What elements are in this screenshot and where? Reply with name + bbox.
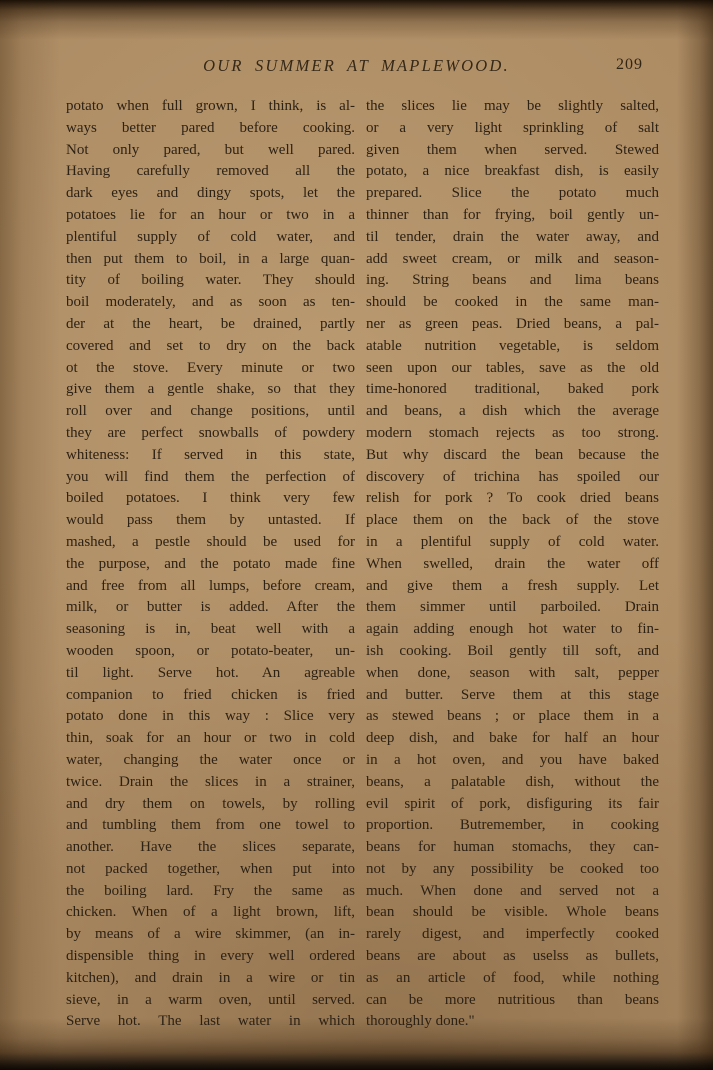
text-line: boiled potatoes. I think very few	[66, 488, 355, 510]
text-line: Serve hot. The last water in which	[66, 1011, 355, 1033]
text-line: given them when served. Stewed	[366, 140, 659, 162]
text-line: the boiling lard. Fry the same as	[66, 881, 355, 903]
text-line: thin, soak for an hour or two in cold	[66, 728, 355, 750]
text-line: the slices lie may be slightly salted,	[366, 96, 659, 118]
text-line: when done, season with salt, pepper	[366, 663, 659, 685]
book-page: OUR SUMMER AT MAPLEWOOD. 209 potato when…	[0, 0, 713, 1070]
text-line: milk, or butter is added. After the	[66, 597, 355, 619]
text-line: beans for human stomachs, they can-	[366, 837, 659, 859]
text-line: Having carefully removed all the	[66, 161, 355, 183]
text-line: and dry them on towels, by rolling	[66, 794, 355, 816]
text-line: modern stomach rejects as too strong.	[366, 423, 659, 445]
text-line: chicken. When of a light brown, lift,	[66, 902, 355, 924]
text-line: as an article of food, while nothing	[366, 968, 659, 990]
text-line: then put them to boil, in a large quan-	[66, 249, 355, 271]
text-line: would pass them by untasted. If	[66, 510, 355, 532]
text-line: mashed, a pestle should be used for	[66, 532, 355, 554]
text-line: plentiful supply of cold water, and	[66, 227, 355, 249]
text-line: seasoning is in, beat well with a	[66, 619, 355, 641]
text-line: beans, a palatable dish, without the	[366, 772, 659, 794]
text-line: kitchen), and drain in a wire or tin	[66, 968, 355, 990]
text-line: potatoes lie for an hour or two in a	[66, 205, 355, 227]
text-line: prepared. Slice the potato much	[366, 183, 659, 205]
text-line: by means of a wire skimmer, (an in-	[66, 924, 355, 946]
text-line: thinner than for frying, boil gently un-	[366, 205, 659, 227]
text-line: wooden spoon, or potato-beater, un-	[66, 641, 355, 663]
text-line: tity of boiling water. They should	[66, 270, 355, 292]
text-line: atable nutrition vegetable, is seldom	[366, 336, 659, 358]
text-column-left: potato when full grown, I think, is al-w…	[66, 96, 355, 1033]
text-line: potato, a nice breakfast dish, is easily	[366, 161, 659, 183]
text-line: boil moderately, and as soon as ten-	[66, 292, 355, 314]
page-header: OUR SUMMER AT MAPLEWOOD. 209	[0, 56, 713, 78]
text-line: til tender, drain the water away, and	[366, 227, 659, 249]
text-line: relish for pork ? To cook dried beans	[366, 488, 659, 510]
text-line: as stewed beans ; or place them in a	[366, 706, 659, 728]
text-line: you will find them the perfection of	[66, 467, 355, 489]
text-line: much. When done and served not a	[366, 881, 659, 903]
text-line: bean should be visible. Whole beans	[366, 902, 659, 924]
text-line: time-honored traditional, baked pork	[366, 379, 659, 401]
text-line: evil spirit of pork, disfiguring its fai…	[366, 794, 659, 816]
text-line: not by any possibility be cooked too	[366, 859, 659, 881]
text-line: ot the stove. Every minute or two	[66, 358, 355, 380]
text-column-right: the slices lie may be slightly salted,or…	[366, 96, 659, 1033]
text-line: rarely digest, and imperfectly cooked	[366, 924, 659, 946]
text-line: place them on the back of the stove	[366, 510, 659, 532]
text-line: water, changing the water once or	[66, 750, 355, 772]
text-line: in a hot oven, and you have baked	[366, 750, 659, 772]
text-line: dark eyes and dingy spots, let the	[66, 183, 355, 205]
text-line: can be more nutritious than beans	[366, 990, 659, 1012]
text-line: But why discard the bean because the	[366, 445, 659, 467]
text-line: proportion. Butremember, in cooking	[366, 815, 659, 837]
text-line: and tumbling them from one towel to	[66, 815, 355, 837]
text-line: deep dish, and bake for half an hour	[366, 728, 659, 750]
text-line: whiteness: If served in this state,	[66, 445, 355, 467]
text-line: sieve, in a warm oven, until served.	[66, 990, 355, 1012]
text-line: companion to fried chicken is fried	[66, 685, 355, 707]
text-line: not packed together, when put into	[66, 859, 355, 881]
text-line: potato done in this way : Slice very	[66, 706, 355, 728]
text-line: and give them a fresh supply. Let	[366, 576, 659, 598]
text-line: ner as green peas. Dried beans, a pal-	[366, 314, 659, 336]
text-line: til light. Serve hot. An agreable	[66, 663, 355, 685]
page-body: potato when full grown, I think, is al-w…	[66, 96, 659, 1033]
text-line: ish cooking. Boil gently till soft, and	[366, 641, 659, 663]
text-line: roll over and change positions, until	[66, 401, 355, 423]
text-line: and beans, a dish which the average	[366, 401, 659, 423]
text-line: ing. String beans and lima beans	[366, 270, 659, 292]
text-line: another. Have the slices separate,	[66, 837, 355, 859]
text-line: dispensible thing in every well ordered	[66, 946, 355, 968]
text-line: covered and set to dry on the back	[66, 336, 355, 358]
running-title: OUR SUMMER AT MAPLEWOOD.	[0, 56, 713, 76]
text-line: give them a gentle shake, so that they	[66, 379, 355, 401]
text-line: der at the heart, be drained, partly	[66, 314, 355, 336]
text-line: discovery of trichina has spoiled our	[366, 467, 659, 489]
text-line: should be cooked in the same man-	[366, 292, 659, 314]
text-line: in a plentiful supply of cold water.	[366, 532, 659, 554]
text-line: When swelled, drain the water off	[366, 554, 659, 576]
text-line: again adding enough hot water to fin-	[366, 619, 659, 641]
text-line: and butter. Serve them at this stage	[366, 685, 659, 707]
text-line: them simmer until parboiled. Drain	[366, 597, 659, 619]
page-number: 209	[616, 56, 643, 74]
text-line: potato when full grown, I think, is al-	[66, 96, 355, 118]
text-line: beans are about as uselss as bullets,	[366, 946, 659, 968]
text-line: seen upon our tables, save as the old	[366, 358, 659, 380]
text-line: thoroughly done."	[366, 1011, 659, 1033]
text-line: ways better pared before cooking.	[66, 118, 355, 140]
text-line: add sweet cream, or milk and season-	[366, 249, 659, 271]
text-line: Not only pared, but well pared.	[66, 140, 355, 162]
text-line: or a very light sprinkling of salt	[366, 118, 659, 140]
text-line: the purpose, and the potato made fine	[66, 554, 355, 576]
text-line: and free from all lumps, before cream,	[66, 576, 355, 598]
text-line: they are perfect snowballs of powdery	[66, 423, 355, 445]
text-line: twice. Drain the slices in a strainer,	[66, 772, 355, 794]
